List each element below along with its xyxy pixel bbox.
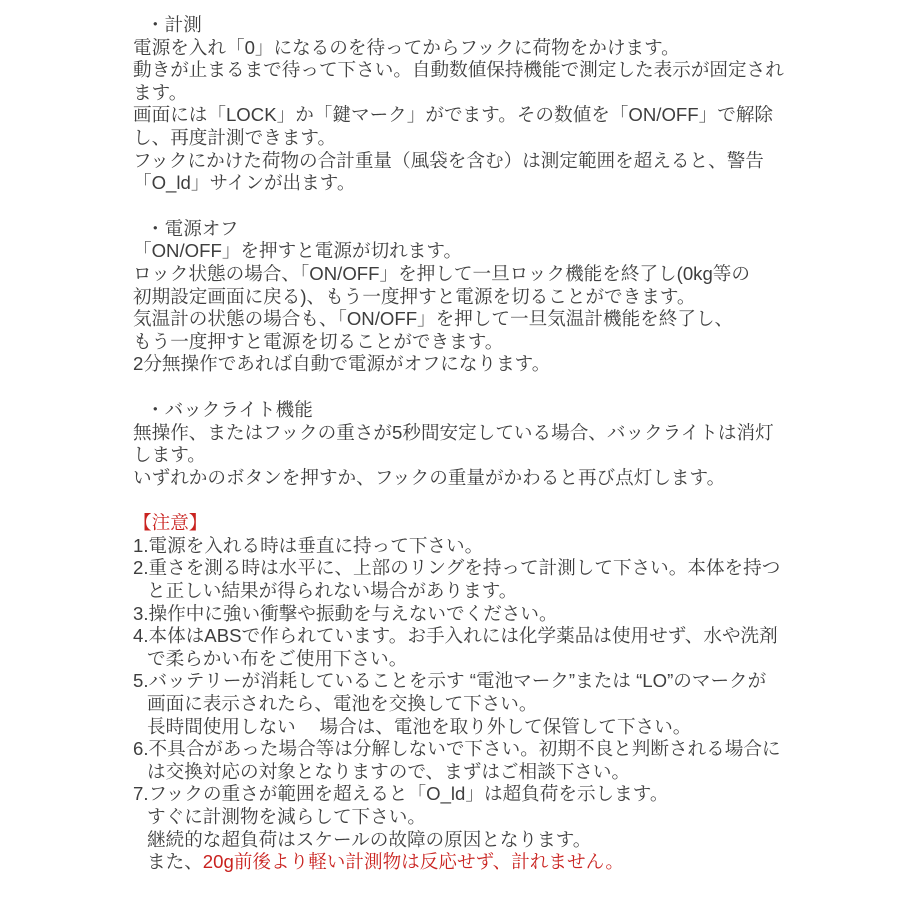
- section-heading: ・電源オフ: [133, 218, 793, 241]
- text-line: ます。: [133, 82, 793, 105]
- section-power-off: ・電源オフ 「ON/OFF」を押すと電源が切れます。 ロック状態の場合、「ON/…: [133, 218, 793, 376]
- notice-item-continuation: 画面に表示されたら、電池を交換して下さい。: [133, 693, 793, 716]
- notice-item: 6.不具合があった場合等は分解しないで下さい。初期不良と判断される場合に: [133, 738, 793, 761]
- notice-item: 7.フックの重さが範囲を超えると「O_ld」は超負荷を示します。: [133, 783, 793, 806]
- text-line: 画面には「LOCK」か「鍵マーク」がでます。その数値を「ON/OFF」で解除: [133, 104, 793, 127]
- notice-item: 2.重さを測る時は水平に、上部のリングを持って計測して下さい。本体を持つ: [133, 557, 793, 580]
- section-notice: 【注意】 1.電源を入れる時は垂直に持って下さい。 2.重さを測る時は水平に、上…: [133, 512, 793, 874]
- notice-title: 【注意】: [133, 512, 793, 535]
- notice-item-continuation: すぐに計測物を減らして下さい。: [133, 806, 793, 829]
- text-line: 無操作、またはフックの重さが5秒間安定している場合、バックライトは消灯: [133, 422, 793, 445]
- text-line: いずれかのボタンを押すか、フックの重量がかわると再び点灯します。: [133, 467, 793, 490]
- text-line: し、再度計測できます。: [133, 127, 793, 150]
- overload-warning-text: 20g前後より軽い計測物は反応せず、計れません。: [203, 851, 624, 872]
- instruction-document-page: ・計測 電源を入れ「0」になるのを待ってからフックに荷物をかけます。 動きが止ま…: [0, 0, 900, 900]
- text-line: 電源を入れ「0」になるのを待ってからフックに荷物をかけます。: [133, 37, 793, 60]
- text-line: します。: [133, 444, 793, 467]
- text-line: 初期設定画面に戻る)、もう一度押すと電源を切ることができます。: [133, 286, 793, 309]
- section-backlight: ・バックライト機能 無操作、またはフックの重さが5秒間安定している場合、バックラ…: [133, 399, 793, 489]
- notice-item-continuation: 長時間使用しない 場合は、電池を取り外して保管して下さい。: [133, 716, 793, 739]
- text-line: フックにかけた荷物の合計重量（風袋を含む）は測定範囲を超えると、警告: [133, 150, 793, 173]
- notice-final-line: また、20g前後より軽い計測物は反応せず、計れません。: [133, 851, 793, 874]
- notice-item-continuation: 継続的な超負荷はスケールの故障の原因となります。: [133, 829, 793, 852]
- notice-item-continuation: は交換対応の対象となりますので、まずはご相談下さい。: [133, 761, 793, 784]
- section-heading: ・バックライト機能: [133, 399, 793, 422]
- text-line: 動きが止まるまで待って下さい。自動数値保持機能で測定した表示が固定され: [133, 59, 793, 82]
- section-measurement: ・計測 電源を入れ「0」になるのを待ってからフックに荷物をかけます。 動きが止ま…: [133, 14, 793, 195]
- text-line: 「O_ld」サインが出ます。: [133, 172, 793, 195]
- notice-item-continuation: と正しい結果が得られない場合があります。: [133, 580, 793, 603]
- text-line: もう一度押すと電源を切ることができます。: [133, 331, 793, 354]
- notice-item: 5.バッテリーが消耗していることを示す “電池マーク”または “LO”のマークが: [133, 670, 793, 693]
- notice-item: 4.本体はABSで作られています。お手入れには化学薬品は使用せず、水や洗剤: [133, 625, 793, 648]
- text-line: 2分無操作であれば自動で電源がオフになります。: [133, 353, 793, 376]
- section-heading: ・計測: [133, 14, 793, 37]
- notice-item: 3.操作中に強い衝撃や振動を与えないでください。: [133, 603, 793, 626]
- text-line: 「ON/OFF」を押すと電源が切れます。: [133, 240, 793, 263]
- text-line: 気温計の状態の場合も、「ON/OFF」を押して一旦気温計機能を終了し、: [133, 308, 793, 331]
- notice-item-continuation: で柔らかい布をご使用下さい。: [133, 648, 793, 671]
- final-line-prefix: また、: [147, 851, 203, 872]
- text-line: ロック状態の場合、「ON/OFF」を押して一旦ロック機能を終了し(0kg等の: [133, 263, 793, 286]
- document-body: ・計測 電源を入れ「0」になるのを待ってからフックに荷物をかけます。 動きが止ま…: [133, 14, 793, 874]
- notice-item: 1.電源を入れる時は垂直に持って下さい。: [133, 535, 793, 558]
